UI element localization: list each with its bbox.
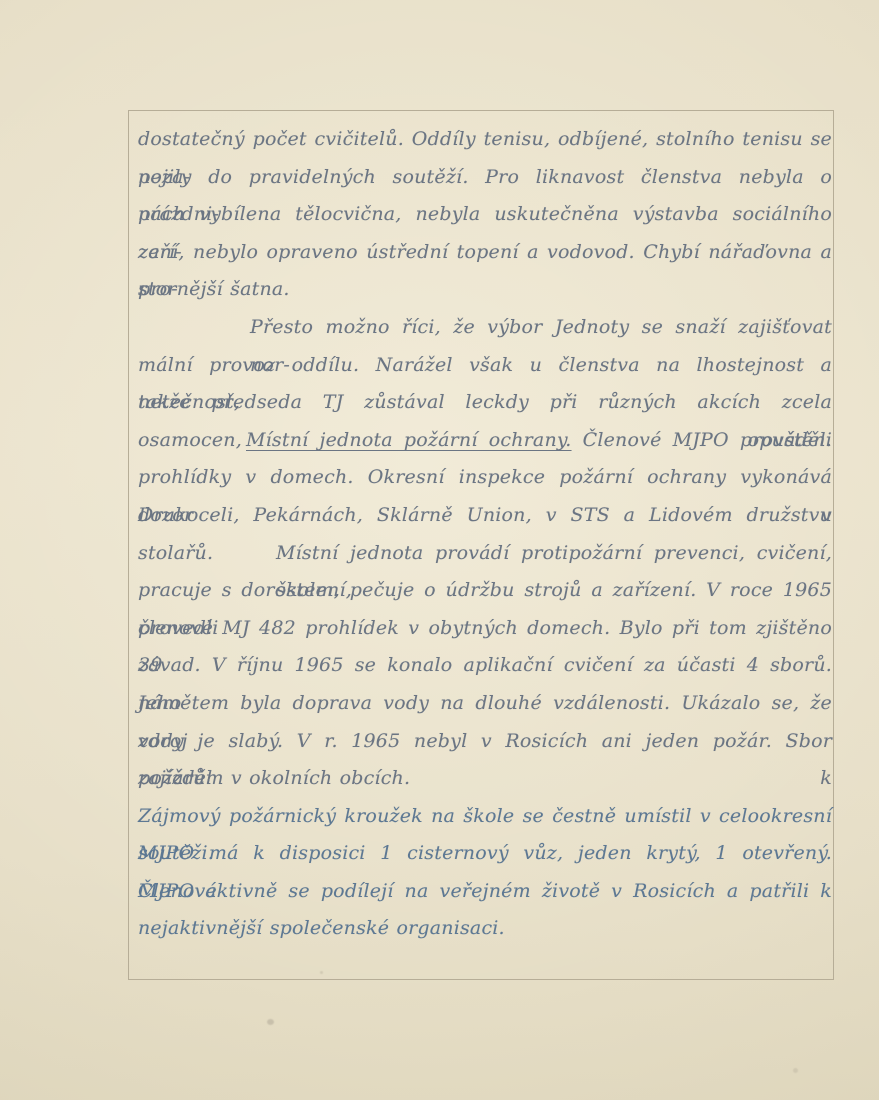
handwritten-segment: Členové MJPO prováděli <box>572 429 832 451</box>
handwritten-line: MJPO aktivně se podílejí na veřejném živ… <box>138 873 832 911</box>
handwritten-line: závad. V říjnu 1965 se konalo aplikační … <box>138 647 832 685</box>
handwritten-line: nejaktivnější společenské organisaci. <box>138 910 832 948</box>
handwritten-text: dostatečný počet cvičitelů. Oddíly tenis… <box>138 121 832 948</box>
handwritten-line: mální provoz oddílu. Narážel však u člen… <box>138 347 832 385</box>
handwritten-line: Zájmový požárnický kroužek na škole se č… <box>138 798 832 836</box>
handwritten-line: Místní jednota požární ochrany. Členové … <box>138 422 832 460</box>
handwritten-line: vody je slabý. V r. 1965 nebyl v Rosicíc… <box>138 723 832 761</box>
handwritten-line: takže předseda TJ zůstával leckdy při rů… <box>138 384 832 422</box>
section-heading: Místní jednota požární ochrany. <box>246 429 572 451</box>
handwritten-line: Místní jednota provádí protipožární prev… <box>138 535 832 573</box>
handwritten-line: stornější šatna. <box>138 271 832 309</box>
paper-speck <box>320 971 323 974</box>
handwritten-line: pojily do pravidelných soutěží. Pro likn… <box>138 159 832 197</box>
handwritten-line: nách vybílena tělocvična, nebyla uskuteč… <box>138 196 832 234</box>
handwritten-line: námětem byla doprava vody na dlouhé vzdá… <box>138 685 832 723</box>
handwritten-line: MJPO má k disposici 1 cisternový vůz, je… <box>138 835 832 873</box>
handwritten-line: požárům v okolních obcích. <box>138 760 832 798</box>
handwritten-line: Drukoceli, Pekárnách, Sklárně Union, v S… <box>138 497 832 535</box>
handwritten-line: dostatečný počet cvičitelů. Oddíly tenis… <box>138 121 832 159</box>
paper-speck <box>267 1019 274 1025</box>
handwritten-line: členové MJ 482 prohlídek v obytných dome… <box>138 610 832 648</box>
handwritten-segment: požárům v okolních obcích. <box>138 767 410 789</box>
handwritten-segment: MJPO aktivně se podílejí na veřejném živ… <box>138 880 832 902</box>
chronicle-page: dostatečný počet cvičitelů. Oddíly tenis… <box>0 0 879 1100</box>
handwritten-line: Přesto možno říci, že výbor Jednoty se s… <box>138 309 832 347</box>
paper-speck <box>793 1068 798 1073</box>
handwritten-segment: nejaktivnější společenské organisaci. <box>138 917 505 939</box>
handwritten-segment: stornější šatna. <box>138 278 290 300</box>
handwritten-line: prohlídky v domech. Okresní inspekce pož… <box>138 459 832 497</box>
handwritten-line: pracuje s dorostem, pečuje o údržbu stro… <box>138 572 832 610</box>
handwritten-line: zení, nebylo opraveno ústřední topení a … <box>138 234 832 272</box>
